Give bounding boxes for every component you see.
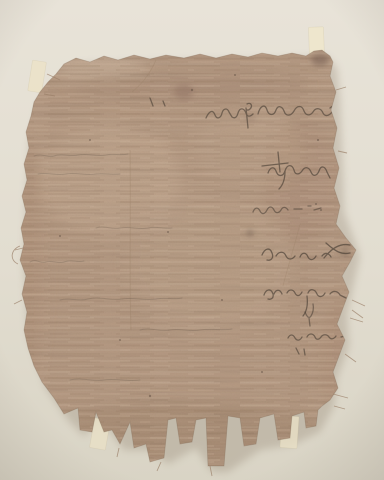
artifact-photograph: Ancient papyrus fragment with faded curs… [0,0,384,480]
photo-vignette [0,0,384,480]
papyrus-photo [0,0,384,480]
